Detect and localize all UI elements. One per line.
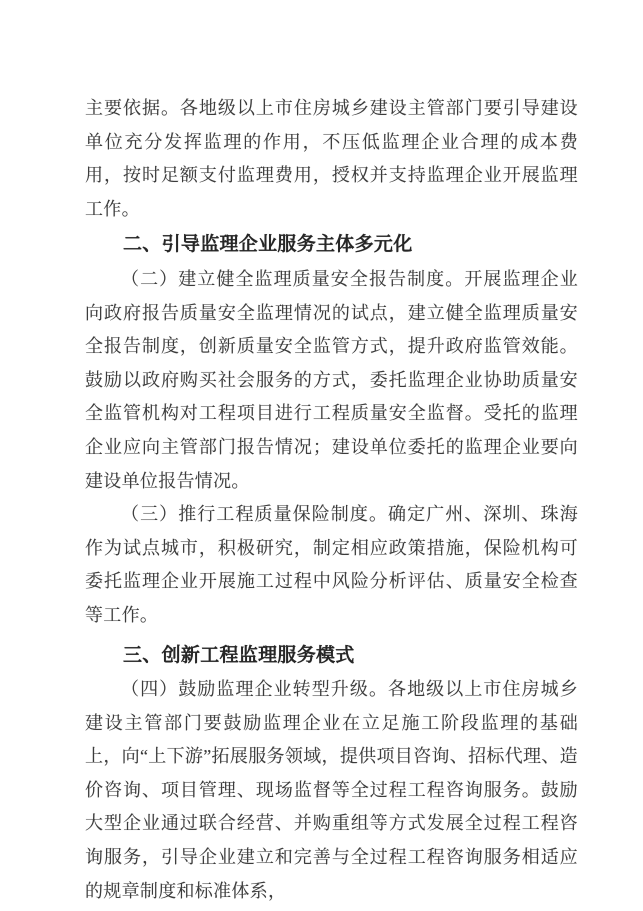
document-text-block: 主要依据。各地级以上市住房城乡建设主管部门要引导建设单位充分发挥监理的作用，不压… bbox=[85, 92, 578, 908]
paragraph-item-3: （三）推行工程质量保险制度。确定广州、深圳、珠海作为试点城市，积极研究，制定相应… bbox=[85, 498, 578, 632]
paragraph-item-2: （二）建立健全监理质量安全报告制度。开展监理企业向政府报告质量安全监理情况的试点… bbox=[85, 263, 578, 498]
section-heading-2: 二、引导监理企业服务主体多元化 bbox=[85, 228, 578, 262]
paragraph-item-4: （四）鼓励监理企业转型升级。各地级以上市住房城乡建设主管部门要鼓励监理企业在立足… bbox=[85, 673, 578, 908]
paragraph-continued-from-previous-page: 主要依据。各地级以上市住房城乡建设主管部门要引导建设单位充分发挥监理的作用，不压… bbox=[85, 92, 578, 226]
section-heading-3: 三、创新工程监理服务模式 bbox=[85, 639, 578, 673]
document-page: 主要依据。各地级以上市住房城乡建设主管部门要引导建设单位充分发挥监理的作用，不压… bbox=[0, 0, 643, 911]
